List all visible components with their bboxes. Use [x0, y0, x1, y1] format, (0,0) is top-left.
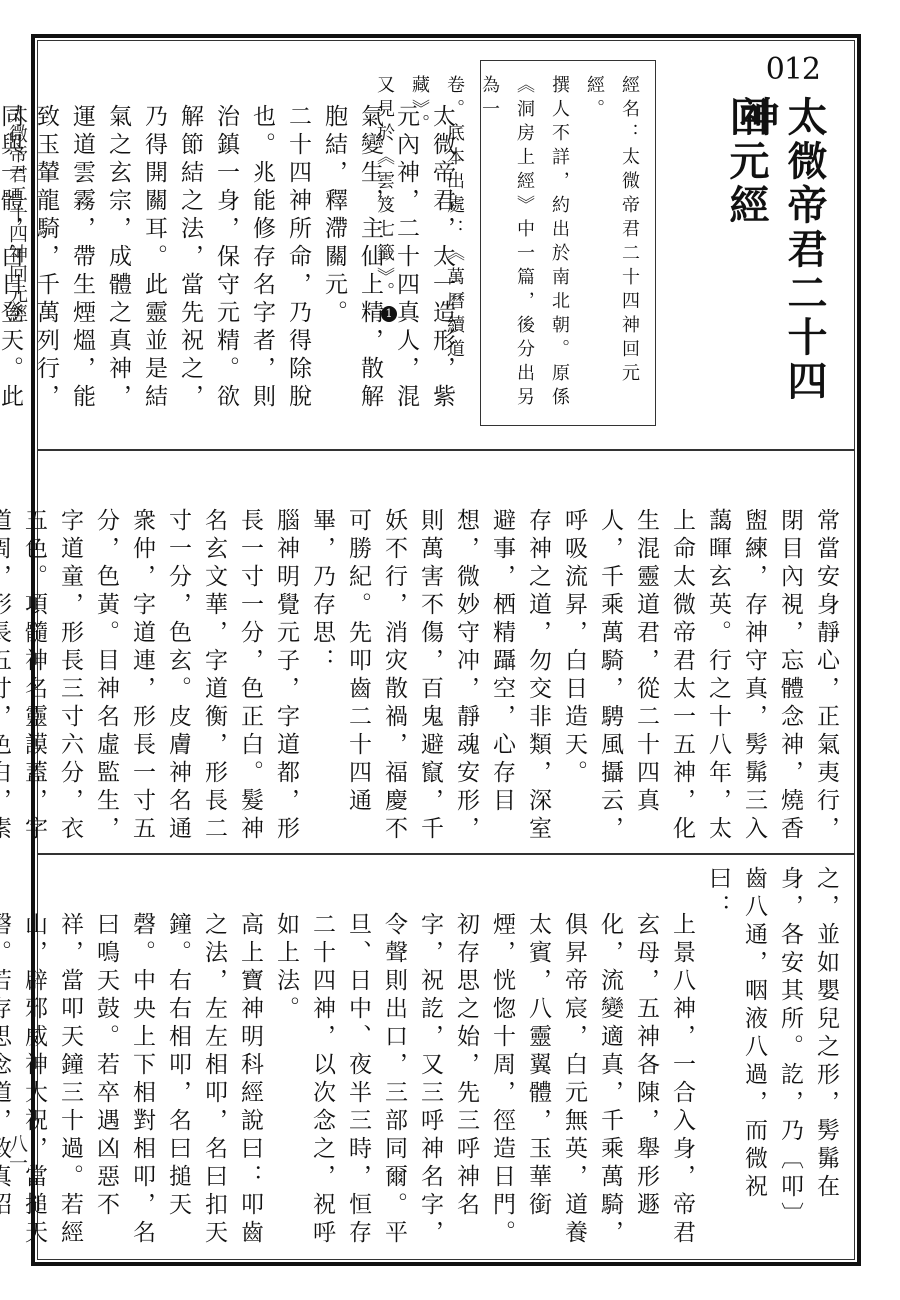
top-band: 012 太微帝君二十四神 回元經 經名：太微帝君二十四神回元經。 撰人不詳，約出…	[40, 44, 852, 447]
note-line: 《洞房上經》中一篇，後分出另為一	[472, 75, 542, 415]
scripture-note-box: 經名：太微帝君二十四神回元經。 撰人不詳，約出於南北朝。原係 《洞房上經》中一篇…	[480, 60, 656, 426]
section-1-text: 太微帝君，太一造形，紫元內神，二十四真人，混氣變生，主仙上精，散解胞結，釋滯關元…	[0, 58, 460, 428]
band-divider-1	[38, 449, 854, 451]
section-2-text: 常當安身靜心，正氣夷行，閉目內視，忘體念神，燒香盥練，存神守真，髣髴三入藹暉玄英…	[0, 462, 844, 844]
paragraph: 常當安身靜心，正氣夷行，閉目內視，忘體念神，燒香盥練，存神守真，髣髴三入藹暉玄英…	[556, 462, 844, 844]
entry-number: 012	[766, 52, 820, 87]
bottom-band: 之，並如嬰兒之形，髣髴在身，各安其所。訖，乃〔叩〕齒八通，咽液八過，而微祝曰： …	[40, 856, 852, 1256]
middle-band: 常當安身靜心，正氣夷行，閉目內視，忘體念神，燒香盥練，存神守真，髣髴三入藹暉玄英…	[40, 452, 852, 852]
paragraph: 之，並如嬰兒之形，髣髴在身，各安其所。訖，乃〔叩〕齒八通，咽液八過，而微祝曰：	[700, 866, 844, 1248]
paragraph: 存神之道，勿交非類，深室避事，栖精躡空，心存目想，微妙守冲，靜魂安形，則萬害不傷…	[304, 462, 556, 844]
paragraph: 二十四神所命，乃得除脫也。兆能修存名字者，則治鎮一身，保守元精。欲解節結之法，當…	[0, 58, 316, 428]
note-line: 經名：太微帝君二十四神回元經。	[577, 75, 647, 415]
band-divider-2	[38, 853, 854, 855]
paragraph: 初存思之始，先三呼神名字，祝訖，又三呼神名字，令聲則出口，三部同爾。平旦、日中、…	[268, 866, 484, 1248]
section-3-text: 之，並如嬰兒之形，髣髴在身，各安其所。訖，乃〔叩〕齒八通，咽液八過，而微祝曰： …	[0, 866, 844, 1248]
paragraph: 高上寶神明科經說曰：叩齒之法，左左相叩，名曰扣天鐘。右右相叩，名曰搥天磬。中央上…	[0, 866, 268, 1248]
paragraph: 腦神明覺元子，字道都，形長一寸一分，色正白。髮神名玄文華，字道衡，形長二寸一分，…	[0, 462, 304, 844]
scripture-title-line-2: 回元經	[722, 96, 770, 228]
paragraph: 太微帝君，太一造形，紫元內神，二十四真人，混氣變生，主仙上精，散解胞結，釋滯關元…	[316, 58, 460, 428]
note-line: 撰人不詳，約出於南北朝。原係	[542, 75, 577, 415]
paragraph: 上景八神，一合入身，帝君玄母，五神各陳，舉形遯化，流變適真，千乘萬騎，俱昇帝宸，…	[484, 866, 700, 1248]
